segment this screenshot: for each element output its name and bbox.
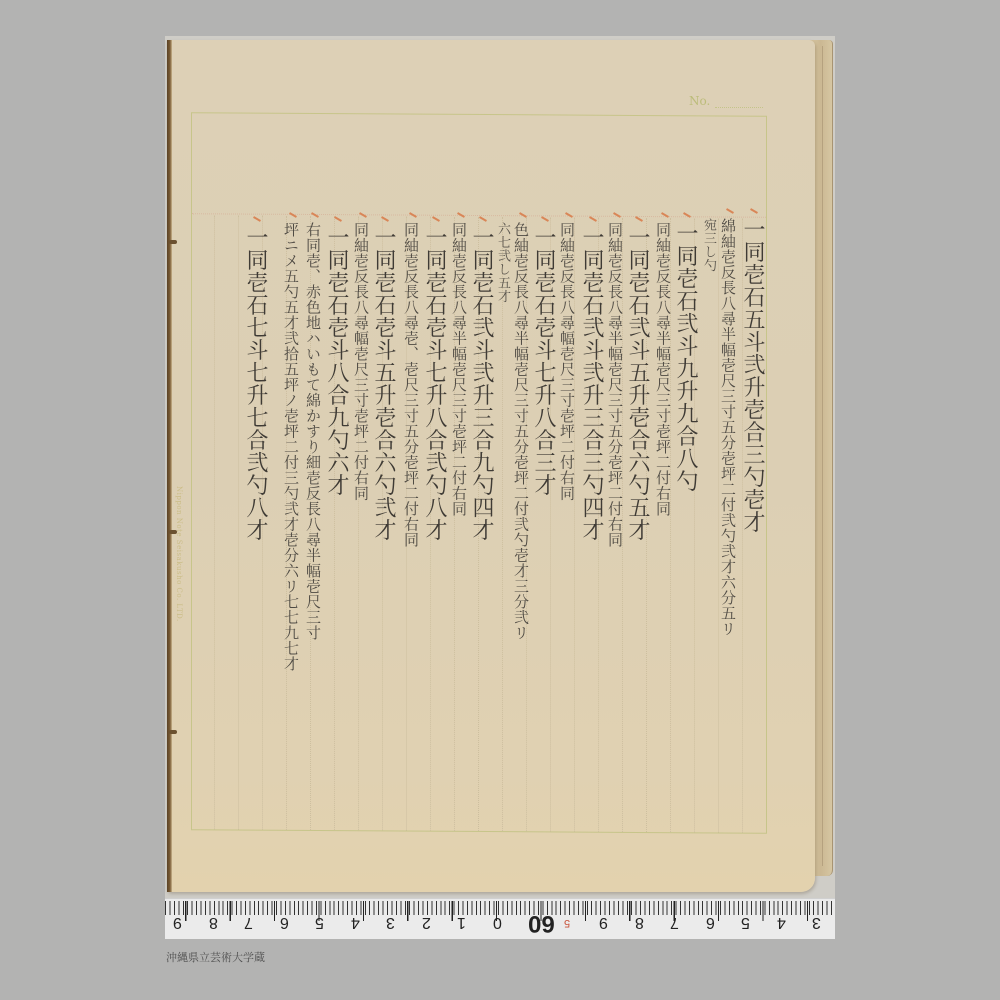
ruler-label: 6 (280, 913, 289, 931)
collection-credit: 沖縄県立芸術大学蔵 (166, 949, 265, 965)
entry-fabric-line: 色紬壱反長八尋半幅壱尺三寸五分壱坪二付弐勺壱才三分弐リ (513, 222, 528, 641)
ruler-label: 6 (706, 913, 715, 931)
entry-quantity-line: 一同壱石壱斗七升八合三才 (532, 226, 554, 496)
entry-fabric-line: 同紬壱反長八尋壱、壱尺三寸五分壱坪二付右同 (403, 222, 418, 548)
entry-quantity-line: 一同壱石壱斗七升八合弐勺八才 (423, 226, 445, 541)
entry-fabric-line: 坪ニメ五勺五才弐拾五坪ノ壱坪二付三勺弐才壱分六リ七七九七才 (283, 222, 298, 672)
entry-quantity-line: 一同壱石弐斗九升九合八勺 (674, 222, 696, 492)
ruler-label: 5 (315, 913, 324, 931)
entry-quantity-line: 一同壱石弐斗弐升三合九勺四才 (470, 226, 492, 541)
entry-annotation: 宛三し勺 (702, 218, 715, 272)
ruler-label: 8 (635, 913, 644, 931)
ruler-label: 4 (351, 913, 360, 931)
ruler-label: 9 (173, 913, 182, 931)
ruler-label: 3 (386, 913, 395, 931)
printer-imprint: Nippon Note Seisakusho Co. LTD. (175, 486, 183, 622)
ruler-label: 5 (564, 917, 570, 929)
ruler-label: 7 (244, 913, 253, 931)
measuring-ruler: 98765432106059876543 (165, 898, 835, 939)
entry-fabric-line: 同紬壱反長八尋半幅壱尺三寸壱坪二付右同 (655, 222, 670, 517)
ruler-label: 8 (209, 913, 218, 931)
entry-quantity-line: 一同壱石壱斗五升壱合六勺弐才 (372, 226, 394, 541)
entry-quantity-line: 一同壱石弐斗五升壱合六勺五才 (626, 226, 648, 541)
page-number-line (715, 107, 763, 108)
ruler-label: 5 (741, 913, 750, 931)
ruler-label: 1 (457, 913, 466, 931)
entry-annotation: 六七弐し五才 (496, 222, 509, 303)
ledger-page: No. Nippon Note Seisakusho Co. LTD. 一同壱石… (167, 40, 815, 892)
entry-quantity-line: 一同壱石七斗七升七合弐勺八才 (244, 226, 266, 541)
entry-fabric-line: 同紬壱反長八尋半幅壱尺三寸壱坪二付右同 (451, 222, 466, 517)
column-rule (502, 217, 503, 831)
entry-fabric-line: 右同壱、赤色地ハいもて綿かすり細壱反長八尋半幅壱尺三寸 (305, 222, 320, 641)
binding-stitch (169, 730, 177, 734)
entry-fabric-line: 同紬壱反長八尋幅壱尺三寸壱坪二付右同 (353, 222, 368, 501)
entry-fabric-line: 同紬壱反長八尋幅壱尺三寸壱坪二付右同 (559, 222, 574, 501)
entry-quantity-line: 一同壱石五斗弐升壱合三勺壱才 (741, 218, 763, 533)
entry-quantity-line: 一同壱石壱斗八合九勺六才 (325, 226, 347, 496)
ruler-label: 4 (777, 913, 786, 931)
column-rule (238, 216, 239, 830)
column-rules (192, 113, 766, 117)
ruler-label: 2 (422, 913, 431, 931)
column-rule (214, 215, 215, 829)
ruler-label: 9 (599, 913, 608, 931)
ruler-label: 60 (528, 909, 555, 937)
binding-spine (167, 40, 172, 892)
binding-stitch (169, 240, 177, 244)
entry-fabric-line: 綿紬壱反長八尋半幅壱尺三寸五分壱坪二付弐勺弐才六分五リ (720, 218, 735, 637)
entry-quantity-line: 一同壱石弐斗弐升三合三勺四才 (580, 226, 602, 541)
ruler-label: 7 (670, 913, 679, 931)
page-number-label: No. (689, 94, 710, 108)
ruler-label: 0 (493, 913, 502, 931)
entry-fabric-line: 同紬壱反長八尋半幅壱尺三寸五分壱坪二付右同 (607, 222, 622, 548)
ruler-label: 3 (812, 913, 821, 931)
